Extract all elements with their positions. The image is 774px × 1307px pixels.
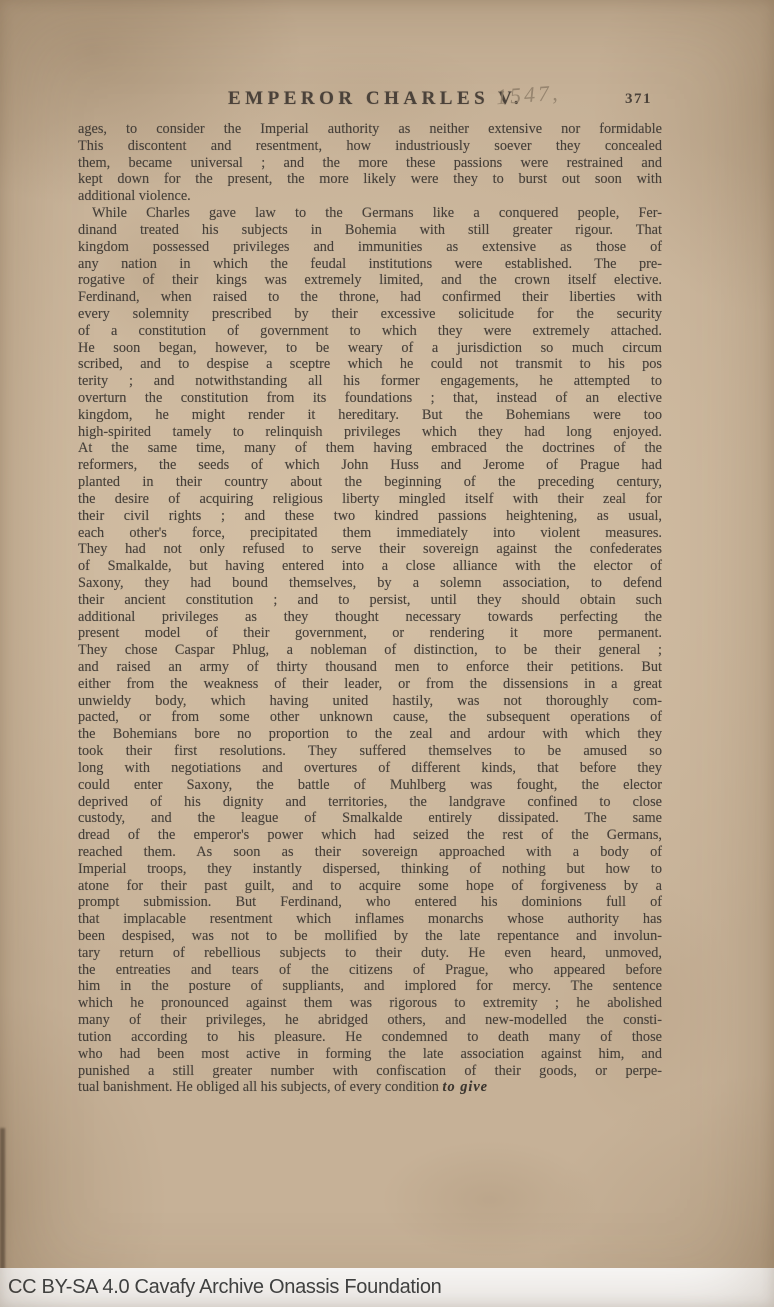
running-header: EMPEROR CHARLES V. 1547, 371 (78, 88, 660, 114)
text-line: custody, and the league of Smalkalde ent… (78, 810, 662, 827)
page-number: 371 (625, 91, 652, 108)
text-line: the Bohemians bore no proportion to the … (78, 726, 662, 743)
catchword: to give (443, 1079, 489, 1095)
text-line: of Smalkalde, but having entered into a … (78, 558, 662, 575)
text-line: long with negotiations and overtures of … (78, 760, 662, 777)
text-line: of a constitution of government to which… (78, 323, 662, 340)
paper-stain (380, 1140, 600, 1260)
text-line: unwieldy body, which having united hasti… (78, 693, 662, 710)
text-line: ages, to consider the Imperial authority… (78, 121, 662, 138)
text-line: the entreaties and tears of the citizens… (78, 962, 662, 979)
text-line: additional privileges as they thought ne… (78, 609, 662, 626)
text-line: This discontent and resentment, how indu… (78, 138, 662, 155)
text-line: Saxony, they had bound themselves, by a … (78, 575, 662, 592)
text-line: overturn the constitution from its found… (78, 390, 662, 407)
text-line: high-spirited tamely to relinquish privi… (78, 424, 662, 441)
text-line: They chose Caspar Phlug, a nobleman of d… (78, 642, 662, 659)
text-line: them, became universal ; and the more th… (78, 155, 662, 172)
text-line: tary return of rebellious subjects to th… (78, 945, 662, 962)
text-line: rogative of their kings was extremely li… (78, 272, 662, 289)
text-line: deprived of his dignity and territories,… (78, 794, 662, 811)
text-line: dread of the emperor's power which had s… (78, 827, 662, 844)
text-line: that implacable resentment which inflame… (78, 911, 662, 928)
text-line: and raised an army of thirty thousand me… (78, 659, 662, 676)
text-line: atone for their past guilt, and to acqui… (78, 878, 662, 895)
text-line: tution according to his pleasure. He con… (78, 1029, 662, 1046)
text-line: additional violence. (78, 188, 662, 205)
text-line: He soon began, however, to be weary of a… (78, 340, 662, 357)
text-line: him in the posture of suppliants, and im… (78, 978, 662, 995)
text-line: each other's force, precipitated them im… (78, 525, 662, 542)
text-line: who had been most active in forming the … (78, 1046, 662, 1063)
text-line: their civil rights ; and these two kindr… (78, 508, 662, 525)
page-text: ages, to consider the Imperial authority… (78, 121, 662, 1096)
page-edge-shadow (0, 1128, 5, 1270)
text-line: present model of their government, or re… (78, 625, 662, 642)
license-text: CC BY-SA 4.0 Cavafy Archive Onassis Foun… (0, 1276, 441, 1299)
text-line: pacted, or from some other unknown cause… (78, 709, 662, 726)
text-line: planted in their country about the begin… (78, 474, 662, 491)
text-line: reached them. As soon as their sovereign… (78, 844, 662, 861)
text-line: dinand treated his subjects in Bohemia w… (78, 222, 662, 239)
handwritten-annotation: 1547, (495, 80, 561, 110)
text-line: prompt submission. But Ferdinand, who en… (78, 894, 662, 911)
text-line: kept down for the present, the more like… (78, 171, 662, 188)
text-line: every solemnity prescribed by their exce… (78, 306, 662, 323)
text-line: any nation in which the feudal instituti… (78, 256, 662, 273)
text-line: been despised, was not to be mollified b… (78, 928, 662, 945)
text-line: scribed, and to despise a sceptre which … (78, 356, 662, 373)
text-line: which he pronounced against them was rig… (78, 995, 662, 1012)
text-line: They had not only refused to serve their… (78, 541, 662, 558)
text-line: could enter Saxony, the battle of Muhlbe… (78, 777, 662, 794)
text-line: Ferdinand, when raised to the throne, ha… (78, 289, 662, 306)
text-line: either from the weakness of their leader… (78, 676, 662, 693)
text-line: reformers, the seeds of which John Huss … (78, 457, 662, 474)
running-header-title: EMPEROR CHARLES V. (228, 88, 523, 110)
text-line: tual banishment. He obliged all his subj… (78, 1079, 662, 1096)
text-line: the desire of acquiring religious libert… (78, 491, 662, 508)
text-line: punished a still greater number with con… (78, 1063, 662, 1080)
text-line: Imperial troops, they instantly disperse… (78, 861, 662, 878)
text-line: many of their privileges, he abridged ot… (78, 1012, 662, 1029)
text-line: While Charles gave law to the Germans li… (78, 205, 662, 222)
license-bar: CC BY-SA 4.0 Cavafy Archive Onassis Foun… (0, 1268, 774, 1307)
text-line: their ancient constitution ; and to pers… (78, 592, 662, 609)
text-line: At the same time, many of them having em… (78, 440, 662, 457)
book-page-scan: EMPEROR CHARLES V. 1547, 371 ages, to co… (0, 0, 774, 1307)
text-line: kingdom, he might render it hereditary. … (78, 407, 662, 424)
text-line: terity ; and notwithstanding all his for… (78, 373, 662, 390)
text-line: kingdom possessed privileges and immunit… (78, 239, 662, 256)
text-line: took their first resolutions. They suffe… (78, 743, 662, 760)
